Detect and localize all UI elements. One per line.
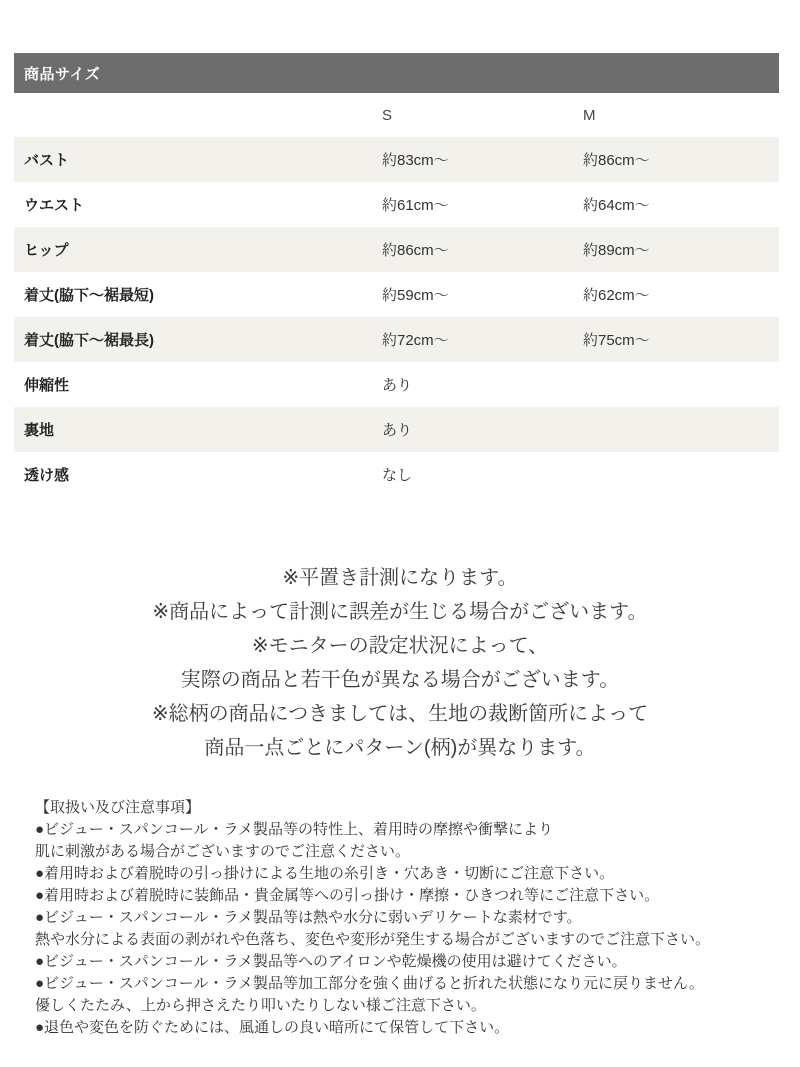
table-row-stretch: 伸縮性 あり bbox=[14, 362, 779, 407]
row-label: 裏地 bbox=[14, 419, 382, 440]
row-label: ヒップ bbox=[14, 239, 382, 260]
care-note-line: ●退色や変色を防ぐためには、風通しの良い暗所にて保管して下さい。 bbox=[35, 1017, 770, 1039]
cell-s-value: 約72cm〜 bbox=[382, 329, 583, 350]
column-header-m: M bbox=[583, 107, 779, 124]
cell-m-value: 約89cm〜 bbox=[583, 239, 779, 260]
size-section-title: 商品サイズ bbox=[24, 63, 100, 84]
care-note-line: ●ビジュー・スパンコール・ラメ製品等加工部分を強く曲げると折れた状態になり元に戻… bbox=[35, 973, 770, 995]
note-line: 商品一点ごとにパターン(柄)が異なります。 bbox=[0, 731, 800, 765]
note-line: ※モニターの設定状況によって、 bbox=[0, 629, 800, 663]
care-notes: 【取扱い及び注意事項】 ●ビジュー・スパンコール・ラメ製品等の特性上、着用時の摩… bbox=[35, 797, 770, 1039]
cell-s-value: あり bbox=[382, 419, 583, 440]
row-label: 着丈(脇下〜裾最短) bbox=[14, 284, 382, 305]
cell-m-value: 約62cm〜 bbox=[583, 284, 779, 305]
table-row-length-short: 着丈(脇下〜裾最短) 約59cm〜 約62cm〜 bbox=[14, 272, 779, 317]
size-table: S M バスト 約83cm〜 約86cm〜 ウエスト 約61cm〜 約64cm〜… bbox=[14, 93, 779, 497]
row-label: 伸縮性 bbox=[14, 374, 382, 395]
row-label: ウエスト bbox=[14, 194, 382, 215]
row-label: バスト bbox=[14, 149, 382, 170]
table-row-bust: バスト 約83cm〜 約86cm〜 bbox=[14, 137, 779, 182]
care-note-line: 肌に刺激がある場合がございますのでご注意ください。 bbox=[35, 841, 770, 863]
cell-m-value: 約64cm〜 bbox=[583, 194, 779, 215]
cell-s-value: 約61cm〜 bbox=[382, 194, 583, 215]
care-note-line: ●ビジュー・スパンコール・ラメ製品等の特性上、着用時の摩擦や衝撃により bbox=[35, 819, 770, 841]
care-note-line: 優しくたたみ、上から押さえたり叩いたりしない様ご注意下さい。 bbox=[35, 995, 770, 1017]
cell-s-value: あり bbox=[382, 374, 583, 395]
note-line: 実際の商品と若干色が異なる場合がございます。 bbox=[0, 663, 800, 697]
care-note-line: ●着用時および着脱時の引っ掛けによる生地の糸引き・穴あき・切断にご注意下さい。 bbox=[35, 863, 770, 885]
cell-s-value: 約86cm〜 bbox=[382, 239, 583, 260]
table-row-length-long: 着丈(脇下〜裾最長) 約72cm〜 約75cm〜 bbox=[14, 317, 779, 362]
note-line: ※商品によって計測に誤差が生じる場合がございます。 bbox=[0, 595, 800, 629]
cell-m-value: 約86cm〜 bbox=[583, 149, 779, 170]
cell-s-value: 約59cm〜 bbox=[382, 284, 583, 305]
table-row-hip: ヒップ 約86cm〜 約89cm〜 bbox=[14, 227, 779, 272]
row-label: 着丈(脇下〜裾最長) bbox=[14, 329, 382, 350]
care-notes-heading: 【取扱い及び注意事項】 bbox=[35, 797, 770, 819]
table-row-lining: 裏地 あり bbox=[14, 407, 779, 452]
note-line: ※総柄の商品につきましては、生地の裁断箇所によって bbox=[0, 697, 800, 731]
size-table-header-row: S M bbox=[14, 93, 779, 137]
measurement-notes: ※平置き計測になります。 ※商品によって計測に誤差が生じる場合がございます。 ※… bbox=[0, 561, 800, 765]
care-note-line: ●ビジュー・スパンコール・ラメ製品等へのアイロンや乾燥機の使用は避けてください。 bbox=[35, 951, 770, 973]
size-section-header: 商品サイズ bbox=[14, 53, 779, 93]
table-row-sheerness: 透け感 なし bbox=[14, 452, 779, 497]
column-header-s: S bbox=[382, 107, 583, 124]
note-line: ※平置き計測になります。 bbox=[0, 561, 800, 595]
care-note-line: ●ビジュー・スパンコール・ラメ製品等は熱や水分に弱いデリケートな素材です。 bbox=[35, 907, 770, 929]
cell-s-value: なし bbox=[382, 464, 583, 485]
cell-s-value: 約83cm〜 bbox=[382, 149, 583, 170]
product-size-page: 商品サイズ S M バスト 約83cm〜 約86cm〜 ウエスト 約61cm〜 … bbox=[0, 0, 800, 1067]
table-row-waist: ウエスト 約61cm〜 約64cm〜 bbox=[14, 182, 779, 227]
care-note-line: ●着用時および着脱時に装飾品・貴金属等への引っ掛け・摩擦・ひきつれ等にご注意下さ… bbox=[35, 885, 770, 907]
row-label: 透け感 bbox=[14, 464, 382, 485]
care-note-line: 熱や水分による表面の剥がれや色落ち、変色や変形が発生する場合がございますのでご注… bbox=[35, 929, 770, 951]
cell-m-value: 約75cm〜 bbox=[583, 329, 779, 350]
